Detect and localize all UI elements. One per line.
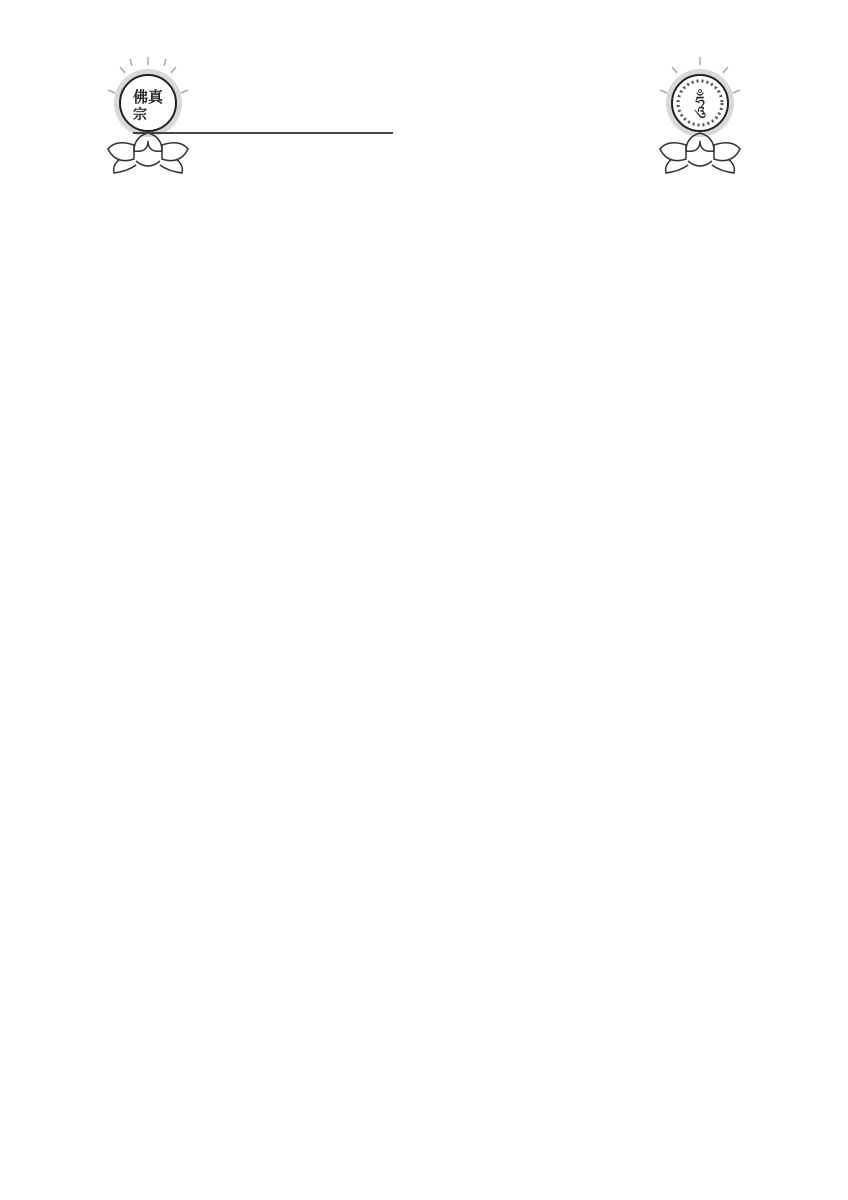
svg-text:佛真: 佛真 [132,88,164,106]
seal-emblem-icon: ཧཱུྃ [652,55,748,175]
left-emblem: 佛真 宗 [100,55,196,175]
true-buddha-emblem-icon: 佛真 宗 [100,55,196,175]
svg-text:宗: 宗 [133,106,147,123]
header-divider [133,132,393,134]
right-emblem: ཧཱུྃ [652,55,748,175]
